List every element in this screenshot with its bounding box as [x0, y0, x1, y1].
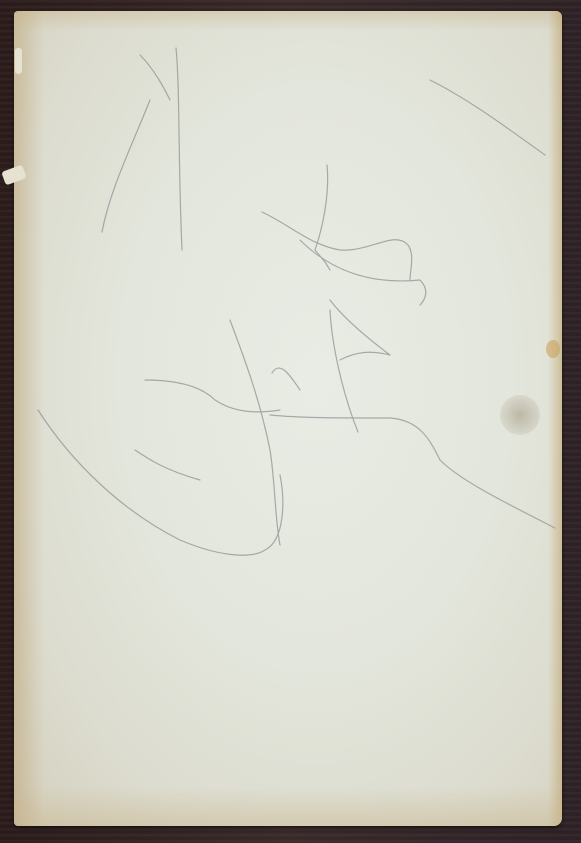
- pencil-scribbles: [0, 0, 581, 843]
